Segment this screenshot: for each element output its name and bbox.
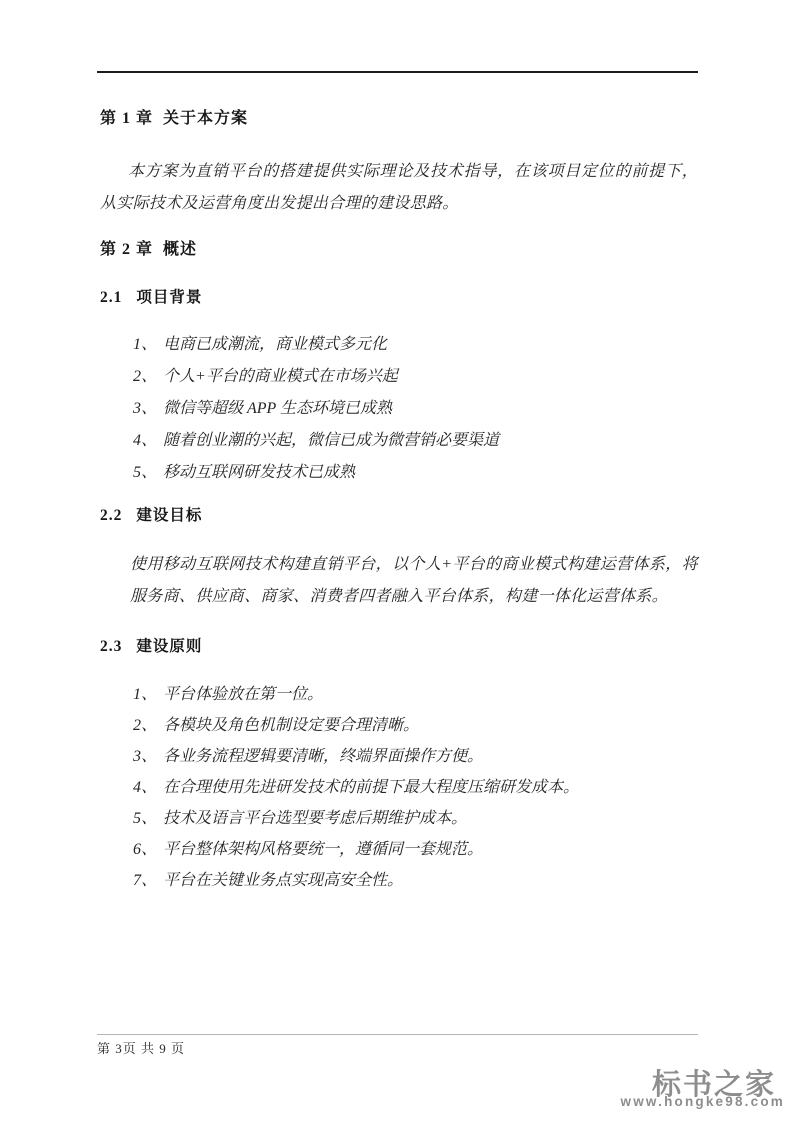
list-item: 2、个人+平台的商业模式在市场兴起: [100, 361, 698, 393]
list-item-text: 移动互联网研发技术已成熟: [163, 464, 355, 481]
chapter-title: 概述: [163, 241, 197, 258]
chapter-number: 第 2 章: [100, 241, 153, 258]
list-item-text: 在合理使用先进研发技术的前提下最大程度压缩研发成本。: [163, 779, 579, 796]
chapter-2-heading: 第 2 章概述: [100, 238, 698, 262]
list-item-text: 个人+平台的商业模式在市场兴起: [163, 368, 398, 385]
list-item: 5、技术及语言平台选型要考虑后期维护成本。: [100, 803, 698, 834]
hongke-website-label: www.hongke98.com: [621, 1094, 785, 1109]
list-item: 1、电商已成潮流，商业模式多元化: [100, 329, 698, 361]
list-item-text: 技术及语言平台选型要考虑后期维护成本。: [163, 810, 467, 827]
list-item-text: 平台在关键业务点实现高安全性。: [163, 872, 403, 889]
list-item-text: 微信等超级 APP 生态环境已成熟: [163, 400, 392, 417]
list-item-number: 3、: [133, 741, 163, 772]
list-item: 1、平台体验放在第一位。: [100, 679, 698, 710]
list-item-number: 4、: [133, 772, 163, 803]
list-item: 3、微信等超级 APP 生态环境已成熟: [100, 393, 698, 425]
header-rule: [97, 71, 698, 73]
section-number: 2.2: [100, 507, 122, 524]
list-item-number: 1、: [133, 679, 163, 710]
list-item-number: 3、: [133, 393, 163, 425]
project-background-list: 1、电商已成潮流，商业模式多元化 2、个人+平台的商业模式在市场兴起 3、微信等…: [100, 329, 698, 489]
construction-principles-list: 1、平台体验放在第一位。 2、各模块及角色机制设定要合理清晰。 3、各业务流程逻…: [100, 679, 698, 896]
list-item: 7、平台在关键业务点实现高安全性。: [100, 865, 698, 896]
footer-rule: [97, 1034, 698, 1035]
list-item: 5、移动互联网研发技术已成熟: [100, 457, 698, 489]
section-title: 项目背景: [136, 289, 202, 306]
list-item: 4、在合理使用先进研发技术的前提下最大程度压缩研发成本。: [100, 772, 698, 803]
chapter-title: 关于本方案: [163, 110, 248, 127]
section-2-2-paragraph: 使用移动互联网技术构建直销平台，以个人+平台的商业模式构建运营体系，将服务商、供…: [130, 549, 698, 613]
chapter-1-paragraph: 本方案为直销平台的搭建提供实际理论及技术指导，在该项目定位的前提下，从实际技术及…: [100, 156, 698, 220]
list-item-text: 各模块及角色机制设定要合理清晰。: [163, 717, 419, 734]
section-title: 建设目标: [136, 507, 202, 524]
list-item-text: 各业务流程逻辑要清晰，终端界面操作方便。: [163, 748, 483, 765]
list-item-number: 2、: [133, 361, 163, 393]
list-item-number: 2、: [133, 710, 163, 741]
list-item-text: 平台整体架构风格要统一，遵循同一套规范。: [163, 841, 483, 858]
page-number-label: 第 3页 共 9 页: [97, 1040, 185, 1058]
section-number: 2.1: [100, 289, 122, 306]
list-item-number: 1、: [133, 329, 163, 361]
list-item-number: 5、: [133, 457, 163, 489]
list-item-text: 电商已成潮流，商业模式多元化: [163, 336, 387, 353]
section-2-1-heading: 2.1项目背景: [100, 287, 698, 309]
section-2-3-heading: 2.3建设原则: [100, 636, 698, 658]
list-item: 4、随着创业潮的兴起，微信已成为微营销必要渠道: [100, 425, 698, 457]
chapter-1-heading: 第 1 章关于本方案: [100, 107, 698, 131]
list-item-text: 平台体验放在第一位。: [163, 686, 323, 703]
chapter-number: 第 1 章: [100, 110, 153, 127]
list-item: 2、各模块及角色机制设定要合理清晰。: [100, 710, 698, 741]
list-item-number: 7、: [133, 865, 163, 896]
section-number: 2.3: [100, 638, 122, 655]
document-page: 第 1 章关于本方案 本方案为直销平台的搭建提供实际理论及技术指导，在该项目定位…: [0, 0, 793, 1122]
list-item-number: 6、: [133, 834, 163, 865]
list-item-number: 4、: [133, 425, 163, 457]
section-title: 建设原则: [136, 638, 202, 655]
list-item-number: 5、: [133, 803, 163, 834]
list-item: 3、各业务流程逻辑要清晰，终端界面操作方便。: [100, 741, 698, 772]
section-2-2-heading: 2.2建设目标: [100, 505, 698, 527]
list-item: 6、平台整体架构风格要统一，遵循同一套规范。: [100, 834, 698, 865]
list-item-text: 随着创业潮的兴起，微信已成为微营销必要渠道: [163, 432, 499, 449]
